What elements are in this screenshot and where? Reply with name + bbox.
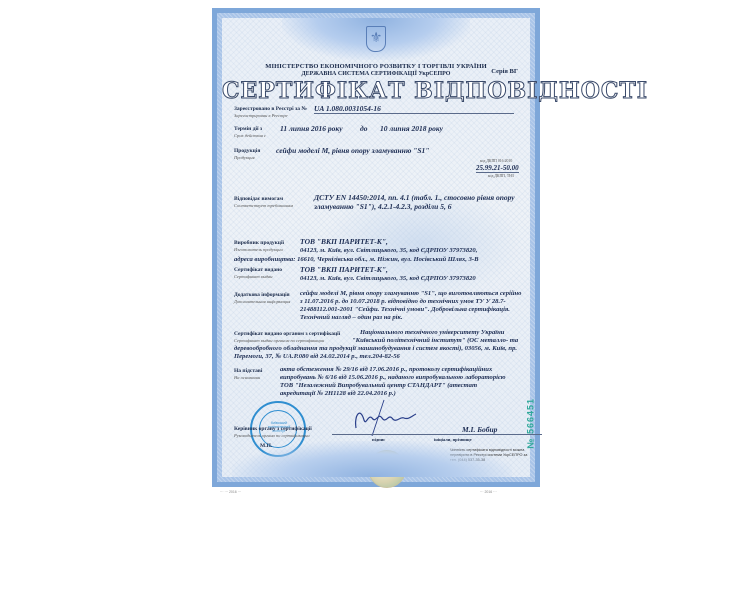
serial-number: № 566451 <box>526 398 536 449</box>
issued-to-name: ТОВ "ВКП ПАРИТЕТ-К", <box>300 265 388 274</box>
additional-info-sublabel: Дополнительная информация <box>234 299 290 304</box>
footer-left: ··· ··· 2016 ··· <box>220 490 241 494</box>
manufacturer-sublabel: Изготовитель продукции <box>234 247 283 252</box>
product-code: 25.99.21-50.00 <box>476 164 519 173</box>
basis-sublabel: На основании <box>234 375 260 380</box>
registration-label: Зареєстровано в Реєстрі за № <box>234 106 307 112</box>
certification-system: ДЕРЖАВНА СИСТЕМА СЕРТИФІКАЦІЇ УкрСЕПРО <box>222 71 530 77</box>
head-sublabel: Руководитель органа по сертификации <box>234 433 310 438</box>
basis-label: На підставі <box>234 368 262 374</box>
product-code-label-top: код ДКПП 016:2010 <box>480 159 512 163</box>
compliance-sublabel: Соответствует требованиям <box>234 203 293 208</box>
registration-number: UA 1.080.0031054-16 <box>314 104 514 114</box>
product-code-label-bottom: код ДКПП, ТНЗ <box>488 174 514 178</box>
certificate: ⚜ МІНІСТЕРСТВО ЕКОНОМІЧНОГО РОЗВИТКУ І Т… <box>212 8 540 487</box>
compliance-label: Відповідає вимогам <box>234 196 283 202</box>
manufacturer-name: ТОВ "ВКП ПАРИТЕТ-К", <box>300 237 388 246</box>
head-label: Керівник органу з сертифікації <box>234 426 312 432</box>
signature-scribble <box>350 396 418 436</box>
manufacturer-address: 04123, м. Київ, вул. Світлицького, 35, к… <box>300 247 477 254</box>
product-label: Продукція <box>234 148 260 154</box>
validity-to-word: до <box>360 124 367 133</box>
certificate-title: СЕРТИФІКАТ ВІДПОВІДНОСТІ <box>222 78 530 104</box>
issuing-body-line1: Національного технічного університету Ук… <box>360 329 504 336</box>
validity-from: 11 липня 2016 року <box>280 124 343 133</box>
product-value: сейфи моделі М, рівня опору зламуванню "… <box>276 146 429 155</box>
issued-to-label: Сертифікат видано <box>234 267 282 273</box>
additional-info-label: Додаткова інформація <box>234 292 290 298</box>
signatory-name: М.І. Бобир <box>462 425 497 434</box>
signature-line <box>332 434 542 435</box>
tryzub-icon: ⚜ <box>366 26 386 52</box>
basis-value: акта обстеження № 29/16 від 17.06.2016 р… <box>280 366 506 398</box>
ministry-heading: МІНІСТЕРСТВО ЕКОНОМІЧНОГО РОЗВИТКУ І ТОР… <box>222 63 530 70</box>
registration-sublabel: Зарегистрирован в Реестре <box>234 113 288 118</box>
manufacturer-label: Виробник продукції <box>234 240 284 246</box>
footer-right: ··· 2016 ··· <box>480 490 497 494</box>
validity-to: 10 липня 2018 року <box>380 124 443 133</box>
product-sublabel: Продукция <box>234 155 255 160</box>
validity-label: Термін дії з <box>234 126 262 132</box>
issued-to-address: 04123, м. Київ, вул. Світлицького, 35, к… <box>300 275 476 282</box>
compliance-value: ДСТУ EN 14450:2014, пп. 4.1 (табл. 1., с… <box>314 193 522 211</box>
validity-sublabel: Срок действия с <box>234 133 266 138</box>
bottom-ornament <box>232 441 512 477</box>
issued-to-sublabel: Сертификат выдан <box>234 274 273 279</box>
series-label: Серія ВГ <box>491 68 518 75</box>
certificate-paper: ⚜ МІНІСТЕРСТВО ЕКОНОМІЧНОГО РОЗВИТКУ І Т… <box>222 18 530 477</box>
production-address: адреса виробництва: 16610, Чернігівська … <box>234 256 479 263</box>
additional-info-value: сейфи моделі М, рівня опору зламуванню "… <box>300 290 522 322</box>
issuing-body-details: "Київський політехнічний інститут" (ОС м… <box>234 337 524 361</box>
